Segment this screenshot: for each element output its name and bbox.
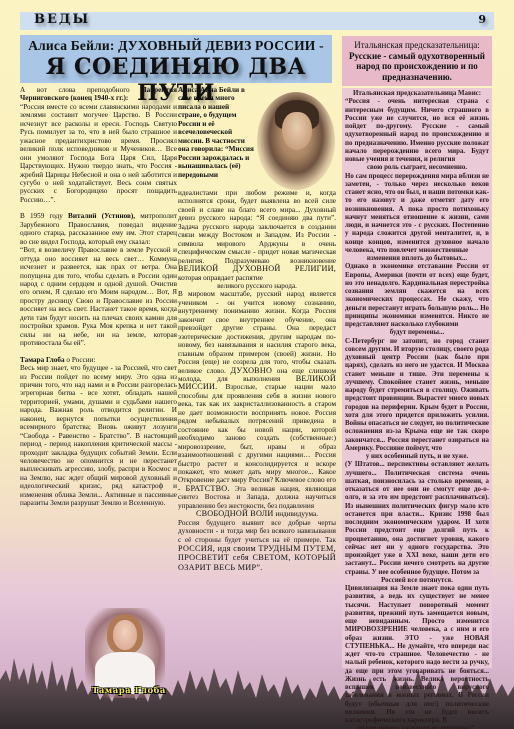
- centered-line: будут перемены...: [345, 329, 489, 337]
- centered-line: Россией все потянутся.: [345, 577, 489, 585]
- alice-bailey-photo: [257, 92, 335, 190]
- sidebar-heading: Итальянская предсказательница: Русские -…: [342, 36, 492, 86]
- middle-column-intro: Алиса Анна Бейли в свое время много писа…: [178, 86, 254, 179]
- bailey-paragraph-2: В мировом масштабе, русский народ являет…: [178, 290, 336, 518]
- centered-line: великого русского народа.: [178, 282, 336, 290]
- photo-face: [113, 620, 137, 650]
- left-column: А вот слова преподобного Лаврентия Черни…: [20, 86, 177, 516]
- magazine-page: ВЕДЫ 9 Алиса Бейли: ДУХОВНЫЙ ДЕВИЗ РОССИ…: [0, 0, 514, 729]
- sidebar-paragraph: (У Штатов... перспективы оставляют желат…: [345, 461, 489, 577]
- centered-line: у них особенный путь, и не хуже.: [345, 453, 489, 461]
- lavrenty-paragraph: А вот слова преподобного Лаврентия Черни…: [20, 86, 177, 204]
- page-header-bar: ВЕДЫ 9: [20, 12, 494, 30]
- paragraph-text: о России:: [65, 356, 96, 364]
- photo-face: [282, 112, 312, 150]
- sidebar-kicker: Итальянская предсказательница:: [342, 40, 492, 51]
- sidebar-headline: Русские - самый одухотворенный народ по …: [342, 51, 492, 83]
- bailey-paragraph-3: Россия будущего выявит все добрые черты …: [178, 519, 336, 573]
- author-name: Тамара Глоба: [20, 356, 65, 364]
- sidebar-paragraph: Но сам процесс перерождения мира вблизи …: [345, 173, 489, 256]
- quote-text: Весь мир знает, что будущее - за Россией…: [20, 364, 177, 507]
- bailey-paragraph-1: идеалистами при любом режиме и, когда ис…: [178, 189, 336, 290]
- paragraph-text: индивидуума.: [274, 510, 318, 518]
- sidebar-paragraph: “Россия - очень интересная страна с инте…: [345, 98, 489, 164]
- sidebar-intro: Итальянская предсказательница Мавис:: [345, 90, 489, 98]
- centered-line: целом ничего ужасного не предвижу”.: [345, 725, 489, 729]
- centered-line: СВОБОДНОЙ ВОЛИ индивидуума.: [178, 510, 336, 518]
- paragraph-text: идеалистами при любом режиме и, когда ис…: [178, 189, 336, 265]
- sidebar-paragraph: Цивилизация на Земле знает пока один пут…: [345, 585, 489, 725]
- sidebar-body: Итальянская предсказательница Мавис: “Ро…: [342, 88, 492, 668]
- sidebar-paragraph: С-Петербург не затопит, но город станет …: [345, 338, 489, 454]
- vitaly-paragraph: В 1959 году Виталий (Устинов), митрополи…: [20, 212, 177, 347]
- closing-statement: РОССИЯ, идя своим ТРУДНЫМ ПУТЕМ, ПРОСВЕТ…: [178, 544, 336, 572]
- emphasis-text: ВЕЛИКОЙ ДУХОВНОЙ РЕЛИГИИ,: [178, 264, 336, 273]
- emphasis-text: СВОБОДНОЙ ВОЛИ: [196, 509, 274, 518]
- paragraph-text: В мировом масштабе, русский народ являет…: [178, 290, 336, 374]
- page-number: 9: [478, 13, 486, 26]
- article-subtitle: Алиса Бейли: ДУХОВНЫЙ ДЕВИЗ РОССИИ -: [20, 38, 332, 54]
- emphasis-text: БРАТСТВО.: [186, 484, 230, 493]
- centered-line: свою роль сыграет, несомненно.: [345, 164, 489, 172]
- quote-text: “Россия вместе со всеми славянскими наро…: [20, 103, 177, 204]
- paragraph-text: А вот слова преподобного: [20, 86, 141, 94]
- photo-caption: Тамара Глоба: [92, 686, 166, 696]
- article-title-box: Алиса Бейли: ДУХОВНЫЙ ДЕВИЗ РОССИИ - Я С…: [20, 35, 332, 83]
- sidebar-paragraph: Однако в экономике отставание России от …: [345, 263, 489, 329]
- magazine-brand: ВЕДЫ: [34, 12, 90, 27]
- tamara-globa-photo: [85, 608, 165, 698]
- paragraph-text: Россия будущего выявит все добрые черты …: [178, 519, 336, 544]
- centered-line: изменения вплоть до бытовых...: [345, 255, 489, 263]
- author-name: Виталий (Устинов),: [68, 212, 135, 220]
- paragraph-text: Взрослые, старые нации мало способны для…: [178, 383, 336, 492]
- emphasis-text: ДУХОВНО: [230, 366, 272, 375]
- middle-column: идеалистами при любом режиме и, когда ис…: [178, 189, 336, 572]
- paragraph-text: которая оправдает распятие: [178, 274, 263, 282]
- paragraph-text: В 1959 году: [20, 212, 68, 220]
- quote-text: “Вот, я возвеличу Православие в земле Ру…: [20, 246, 177, 347]
- globa-paragraph: Тамара Глоба о России: Весь мир знает, ч…: [20, 356, 177, 508]
